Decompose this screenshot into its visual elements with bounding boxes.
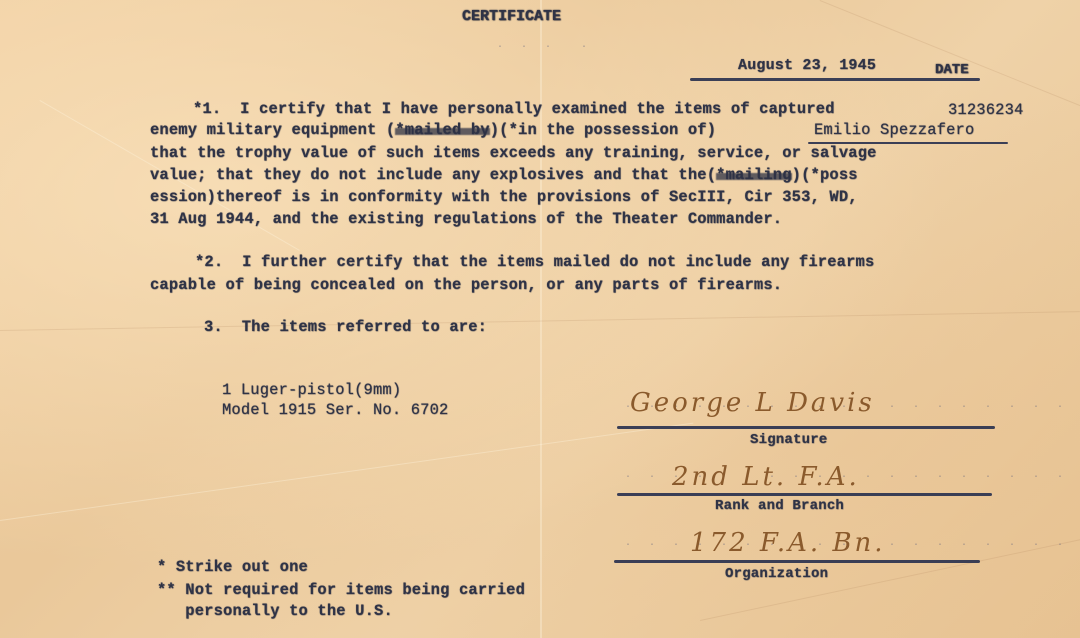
paragraph2-line2: capable of being concealed on the person… bbox=[150, 276, 782, 294]
footnote-not-required: ** Not required for items being carried bbox=[157, 581, 525, 599]
date-label: DATE bbox=[935, 62, 969, 78]
vertical-fold-crease bbox=[540, 0, 542, 638]
struck-out-mailed-by: *mailed by bbox=[395, 121, 489, 139]
rank-line bbox=[617, 493, 992, 496]
title-underline-dots: . . . . bbox=[497, 40, 593, 51]
paragraph1-line3: that the trophy value of such items exce… bbox=[150, 144, 877, 162]
footnote-strike-out: * Strike out one bbox=[157, 558, 308, 576]
item-line-2: Model 1915 Ser. No. 6702 bbox=[222, 401, 448, 419]
paragraph2-line1: *2. I further certify that the items mai… bbox=[195, 253, 874, 271]
paragraph1-line4-suffix: )(*poss bbox=[792, 166, 858, 184]
item-line-1: 1 Luger-pistol(9mm) bbox=[222, 381, 401, 399]
struck-out-mailing: *mailing bbox=[716, 166, 792, 184]
serial-number: 31236234 bbox=[948, 101, 1024, 119]
handwritten-rank: 2nd Lt. F.A. bbox=[672, 462, 860, 492]
paragraph1-line2-prefix: enemy military equipment ( bbox=[150, 121, 395, 139]
paragraph1-line4: value; that they do not include any expl… bbox=[150, 166, 858, 184]
certificate-document: CERTIFICATE . . . . August 23, 1945 DATE… bbox=[0, 0, 1080, 638]
paragraph3-heading: 3. The items referred to are: bbox=[204, 318, 487, 336]
paragraph1-line4-prefix: value; that they do not include any expl… bbox=[150, 166, 716, 184]
signature-label: Signature bbox=[750, 432, 827, 448]
date-underline bbox=[690, 78, 980, 81]
handwritten-signature: George L Davis bbox=[630, 388, 875, 418]
handwritten-organization: 172 F.A. Bn. bbox=[690, 528, 886, 558]
organization-label: Organization bbox=[725, 566, 828, 582]
date-value: August 23, 1945 bbox=[738, 57, 876, 74]
paragraph1-line1: *1. I certify that I have personally exa… bbox=[193, 100, 835, 118]
paragraph1-line5: ession)thereof is in conformity with the… bbox=[150, 188, 858, 206]
footnote-not-required-cont: personally to the U.S. bbox=[157, 602, 393, 620]
possessor-name: Emilio Spezzafero bbox=[814, 121, 974, 139]
paragraph1-line6: 31 Aug 1944, and the existing regulation… bbox=[150, 210, 782, 228]
signature-line bbox=[617, 426, 995, 429]
organization-line bbox=[614, 560, 980, 563]
crease-line bbox=[0, 423, 693, 521]
document-title: CERTIFICATE bbox=[462, 8, 561, 25]
rank-label: Rank and Branch bbox=[715, 498, 844, 514]
paragraph1-line2: enemy military equipment (*mailed by)(*i… bbox=[150, 121, 716, 139]
paragraph1-line2-suffix: )(*in the possession of) bbox=[490, 121, 716, 139]
